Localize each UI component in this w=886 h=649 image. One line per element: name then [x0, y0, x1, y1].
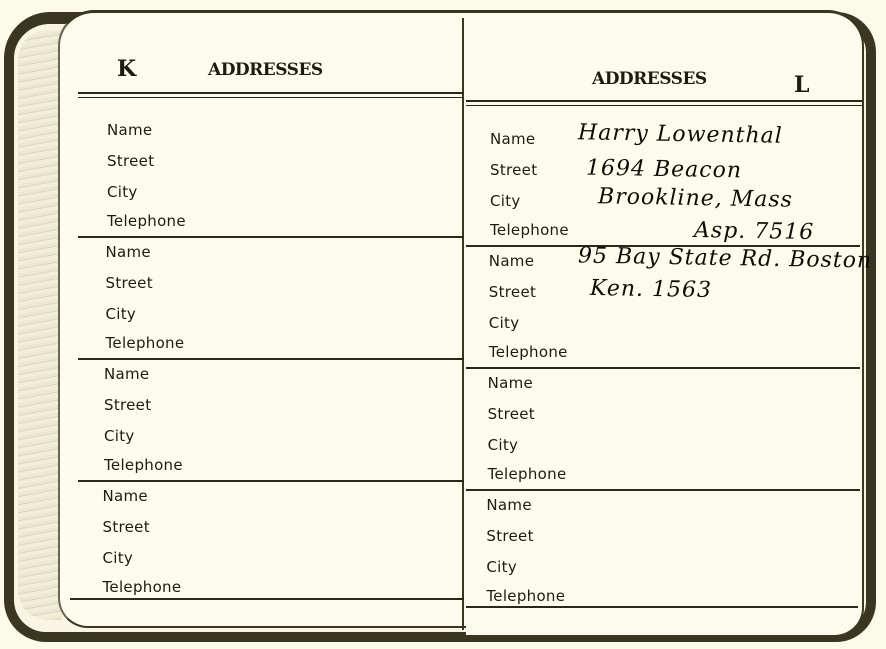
entry-divider: [78, 480, 464, 482]
right-page-entry-1-label-street: Street: [490, 161, 537, 179]
left-page-entry-3-label-telephone: Telephone: [104, 456, 183, 474]
left-page-bottom-rule: [70, 598, 464, 600]
left-page-entry-3-label-city: City: [104, 427, 135, 445]
right-page-entry-3-label-telephone: Telephone: [488, 465, 567, 483]
entry-divider: [78, 358, 464, 360]
right-page-entry-1-handwritten-city: Brookline, Mass: [598, 184, 793, 212]
right-page-entry-1-handwritten-telephone: Asp. 7516: [694, 218, 815, 245]
right-page-entry-1-handwritten-name: Harry Lowenthal: [578, 120, 783, 149]
right-page-entry-2-label-name: Name: [489, 252, 534, 270]
left-page-entry-2-label-street: Street: [106, 274, 153, 292]
left-page-entry-2-label-telephone: Telephone: [106, 334, 185, 352]
left-page-entry-4-label-telephone: Telephone: [103, 578, 182, 596]
left-page-entry-3-label-name: Name: [104, 365, 149, 383]
left-page-entry-1-label-name: Name: [107, 121, 152, 139]
right-page-entry-3-label-name: Name: [488, 374, 533, 392]
right-page-heading: ADDRESSES: [592, 69, 707, 89]
left-page-entry-3-label-street: Street: [104, 396, 151, 414]
left-page-entry-1-label-street: Street: [107, 152, 154, 170]
right-page-bottom-rule: [466, 606, 858, 608]
right-page-entry-1-label-name: Name: [490, 130, 535, 148]
right-page-entry-2-handwritten-street: Ken. 1563: [590, 276, 712, 303]
right-page-entry-4-label-street: Street: [486, 527, 533, 545]
right-page-entry-4-label-name: Name: [486, 496, 531, 514]
right-page-entry-4-label-telephone: Telephone: [486, 587, 565, 605]
left-page-entry-2-label-city: City: [106, 305, 137, 323]
left-page-entry-1-label-city: City: [107, 183, 138, 201]
right-page-entry-2-label-city: City: [489, 314, 520, 332]
right-page-entry-1-handwritten-street: 1694 Beacon: [586, 156, 742, 184]
entry-divider: [78, 236, 464, 238]
right-page-entry-1-label-city: City: [490, 192, 521, 210]
right-page-entry-2-label-telephone: Telephone: [489, 343, 568, 361]
entry-divider: [466, 489, 860, 491]
right-header-rule: [466, 100, 862, 106]
right-page-entry-3-label-city: City: [488, 436, 519, 454]
left-page-heading: ADDRESSES: [208, 60, 323, 80]
book-spine: [462, 18, 464, 630]
left-page-entry-4-label-name: Name: [103, 487, 148, 505]
entry-divider: [466, 367, 860, 369]
left-page-entry-1-label-telephone: Telephone: [107, 212, 186, 230]
right-page-letter: L: [794, 72, 809, 98]
left-page-entry-2-label-name: Name: [106, 243, 151, 261]
left-page-entry-4-label-street: Street: [103, 518, 150, 536]
right-page-entry-3-label-street: Street: [488, 405, 535, 423]
right-page-entry-1-label-telephone: Telephone: [490, 221, 569, 239]
left-page-letter: K: [117, 56, 136, 82]
left-header-rule: [78, 92, 464, 98]
left-page-entry-4-label-city: City: [103, 549, 134, 567]
right-page-entry-4-label-city: City: [486, 558, 517, 576]
cover-edge: [18, 30, 62, 620]
right-page-entry-2-handwritten-name: 95 Bay State Rd. Boston: [578, 243, 873, 273]
right-page-entry-2-label-street: Street: [489, 283, 536, 301]
